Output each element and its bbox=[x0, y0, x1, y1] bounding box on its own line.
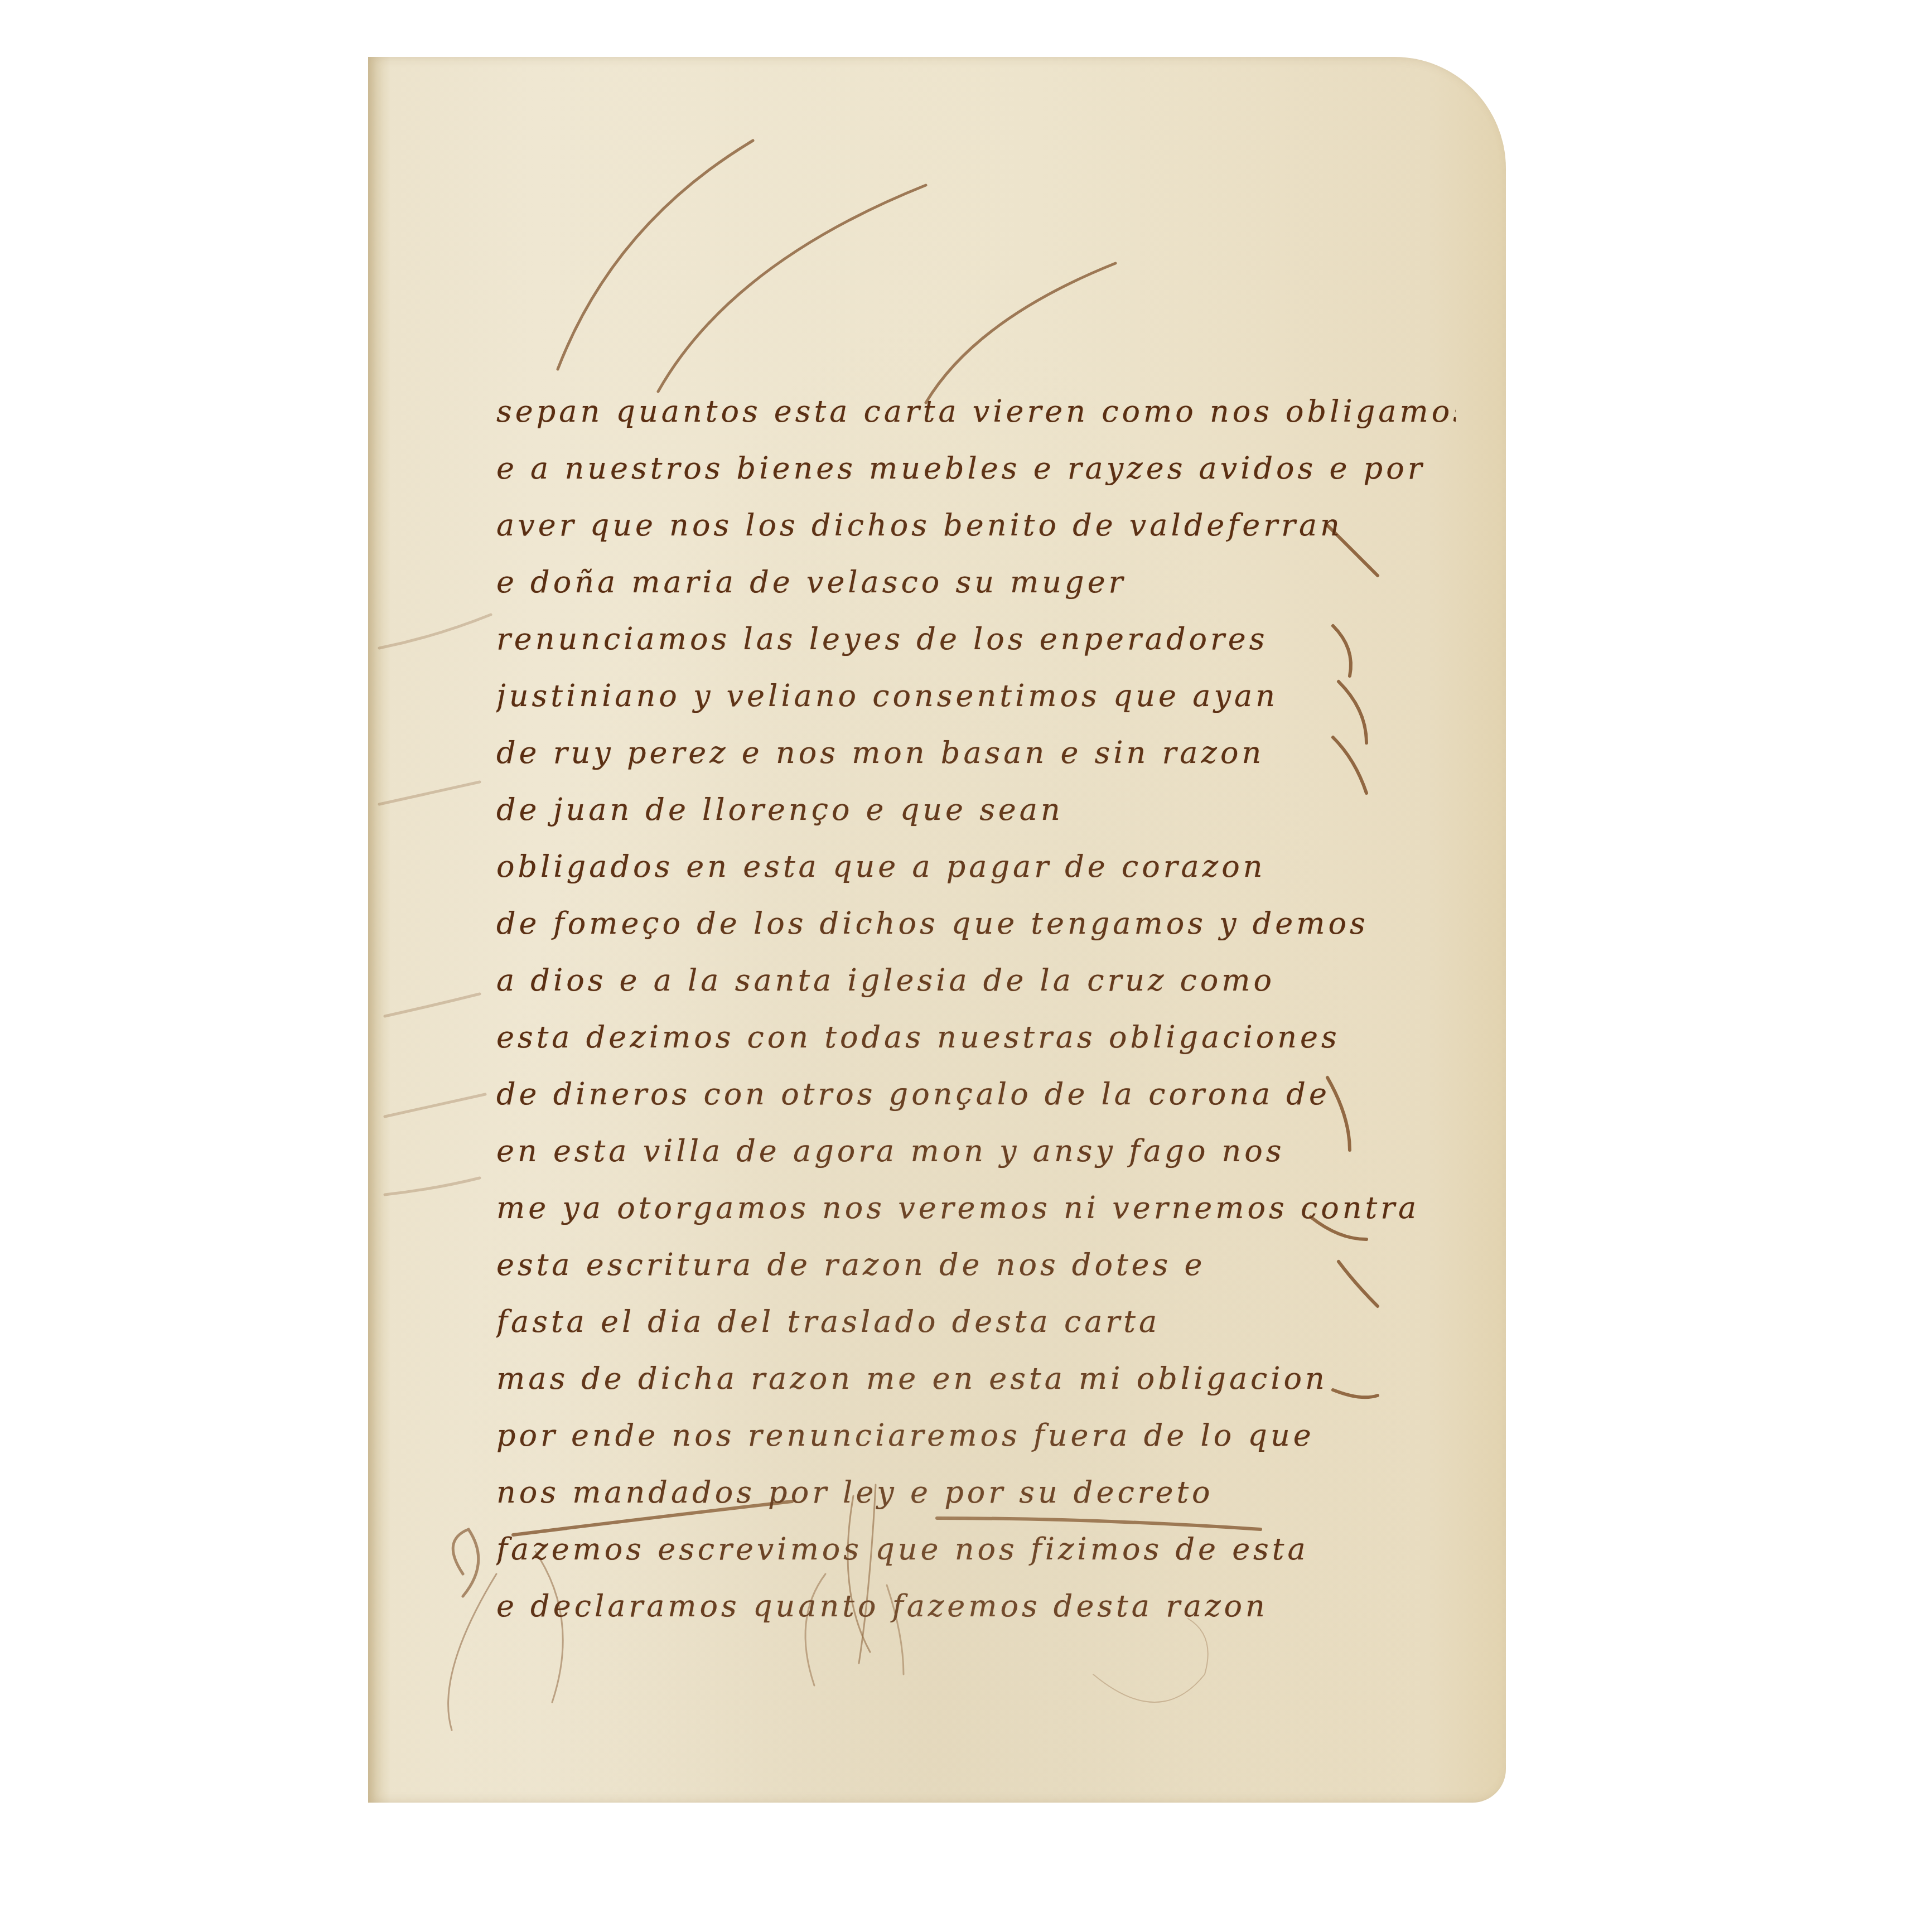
text-line: sepan quantos esta carta vieren como nos… bbox=[496, 383, 1456, 440]
text-line: aver que nos los dichos benito de valdef… bbox=[496, 497, 1456, 554]
text-line: fazemos escrevimos que nos fizimos de es… bbox=[496, 1521, 1456, 1578]
text-line: de juan de llorenço e que sean bbox=[496, 781, 1456, 838]
text-line: a dios e a la santa iglesia de la cruz c… bbox=[496, 952, 1456, 1009]
text-line: fasta el dia del traslado desta carta bbox=[496, 1293, 1456, 1350]
text-line: en esta villa de agora mon y ansy fago n… bbox=[496, 1123, 1456, 1180]
text-line: me ya otorgamos nos veremos ni vernemos … bbox=[496, 1180, 1456, 1237]
text-line: mas de dicha razon me en esta mi obligac… bbox=[496, 1350, 1456, 1407]
text-line: obligados en esta que a pagar de corazon bbox=[496, 838, 1456, 895]
text-line: e declaramos quanto fazemos desta razon bbox=[496, 1578, 1456, 1635]
text-line: de fomeço de los dichos que tengamos y d… bbox=[496, 895, 1456, 952]
decorative-flourish-strokes bbox=[368, 57, 1506, 1803]
text-line: nos mandados por ley e por su decreto bbox=[496, 1464, 1456, 1521]
text-line: renunciamos las leyes de los enperadores bbox=[496, 611, 1456, 668]
text-line: esta dezimos con todas nuestras obligaci… bbox=[496, 1009, 1456, 1066]
manuscript-page: sepan quantos esta carta vieren como nos… bbox=[368, 57, 1506, 1803]
text-line: de dineros con otros gonçalo de la coron… bbox=[496, 1066, 1456, 1123]
text-line: esta escritura de razon de nos dotes e bbox=[496, 1237, 1456, 1293]
manuscript-text-block: sepan quantos esta carta vieren como nos… bbox=[496, 383, 1456, 1635]
text-line: de ruy perez e nos mon basan e sin razon bbox=[496, 724, 1456, 781]
text-line: por ende nos renunciaremos fuera de lo q… bbox=[496, 1407, 1456, 1464]
text-line: e a nuestros bienes muebles e rayzes avi… bbox=[496, 440, 1456, 497]
text-line: justiniano y veliano consentimos que aya… bbox=[496, 668, 1456, 724]
text-line: e doña maria de velasco su muger bbox=[496, 554, 1456, 611]
